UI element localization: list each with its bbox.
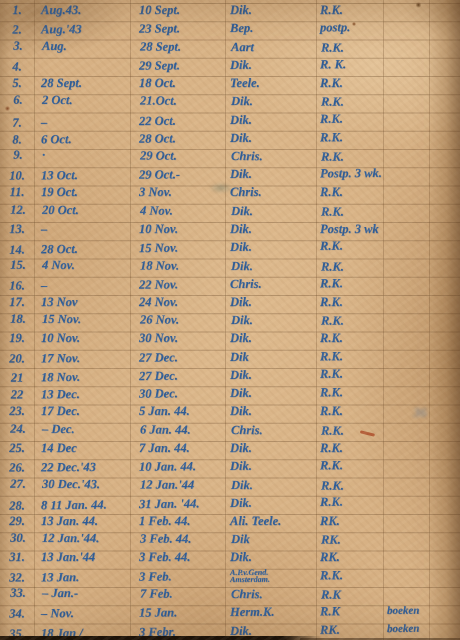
- recipient-name: Dik.: [225, 441, 316, 456]
- date-delivered: 30 Nov.: [130, 331, 225, 346]
- date-delivered: 3 Feb. 44.: [131, 531, 226, 547]
- ledger-row: 19.10 Nov.30 Nov.Dik.R.K.: [0, 330, 460, 348]
- date-requested: 17 Nov.: [34, 350, 130, 366]
- date-requested: 28 Sept.: [34, 76, 130, 91]
- recipient-name: A.P.v.Gend. Amsterdam.: [225, 568, 316, 584]
- date-requested: 13 Jan. 44.: [34, 514, 130, 529]
- status-mark: RK.: [317, 532, 384, 547]
- note: boeken: [383, 605, 430, 617]
- recipient-name: Dik.: [225, 458, 316, 474]
- entry-number: 25.: [0, 441, 34, 456]
- date-requested: 6 Oct.: [34, 131, 130, 147]
- status-mark: RK.: [316, 550, 383, 565]
- entry-number: 27.: [1, 476, 35, 491]
- recipient-name: Dik.: [225, 222, 316, 237]
- date-delivered: 22 Nov.: [130, 276, 225, 292]
- date-delivered: 26 Nov.: [131, 312, 226, 328]
- recipient-name: Dik: [226, 532, 317, 548]
- date-requested: –: [34, 222, 130, 237]
- entry-number: 16.: [0, 278, 34, 293]
- recipient-name: Dik.: [225, 404, 316, 419]
- recipient-name: Dik.: [225, 130, 316, 146]
- status-mark: R.K.: [316, 385, 383, 400]
- recipient-name: Dik.: [225, 622, 316, 638]
- status-mark: R.K.: [316, 129, 383, 144]
- status-mark: R. K.: [316, 56, 383, 71]
- recipient-name: Teele.: [225, 76, 316, 91]
- recipient-name: Dik.: [225, 494, 316, 510]
- status-mark: R.K.: [316, 567, 383, 582]
- date-delivered: 10 Jan. 44.: [130, 459, 225, 475]
- entry-number: 22: [0, 387, 34, 402]
- status-mark: R.K.: [316, 275, 383, 290]
- entry-number: 15.: [1, 257, 35, 272]
- status-mark: R.K.: [316, 295, 383, 310]
- status-mark: R.K.: [316, 3, 383, 18]
- status-mark: R.K.: [316, 494, 383, 510]
- recipient-name: Dik.: [225, 295, 316, 310]
- date-requested: – Nov.: [34, 606, 130, 622]
- note: [383, 117, 430, 118]
- entry-number: 29.: [0, 514, 34, 529]
- status-mark: R.K.: [317, 204, 384, 219]
- date-delivered: 30 Dec.: [130, 386, 225, 402]
- entry-number: 20.: [0, 351, 34, 366]
- ledger-row: 30.12 Jan.'44.3 Feb. 44.DikRK.: [1, 529, 460, 550]
- status-mark: R.K.: [316, 441, 383, 456]
- status-mark: R.K.: [316, 185, 383, 200]
- date-requested: 22 Dec.'43: [34, 460, 130, 476]
- date-requested: –: [34, 277, 130, 293]
- entry-number: 1.: [0, 3, 34, 18]
- entry-number: 3.: [1, 38, 35, 53]
- status-mark: R.K.: [316, 76, 383, 91]
- entry-number: 7.: [0, 115, 34, 130]
- recipient-name: Dik.: [225, 57, 316, 73]
- ledger-row: 12.20 Oct.4 Nov.Dik.R.K.: [1, 200, 460, 221]
- ledger-row: 23.17 Dec.5 Jan. 44.Dik.R.K.: [0, 403, 460, 421]
- recipient-name: Dik.: [226, 313, 317, 329]
- date-delivered: 18 Nov.: [131, 258, 226, 274]
- entry-number: 4.: [0, 59, 34, 74]
- entry-number: 28.: [0, 498, 34, 513]
- date-requested: ·: [35, 147, 131, 163]
- status-mark: R.K.: [316, 238, 383, 254]
- status-mark: Postp. 3 wk.: [316, 166, 383, 181]
- date-delivered: 3 Nov.: [130, 185, 225, 200]
- recipient-name: Dik.: [225, 550, 316, 565]
- status-mark: R.K.: [317, 478, 384, 493]
- date-delivered: 29 Oct.-: [130, 167, 225, 183]
- ledger-page: 1.Aug.43.10 Sept.Dik.R.K.2.Aug.'4323 Sep…: [0, 0, 460, 640]
- ledger-row: 26.22 Dec.'4310 Jan. 44.Dik.R.K.: [0, 456, 460, 477]
- recipient-name: Dik.: [225, 367, 316, 383]
- date-requested: 13 Nov: [34, 295, 130, 310]
- ledger-row: 24.– Dec.6 Jan. 44.Chris.R.K.: [1, 419, 460, 440]
- status-mark: R.K: [316, 604, 383, 619]
- date-requested: 18 Jan /: [34, 624, 130, 640]
- ledger-row: 2.Aug.'4323 Sept.Bep.postp.: [0, 18, 460, 39]
- recipient-name: Dik.: [225, 3, 316, 18]
- note: [383, 245, 430, 246]
- date-delivered: 15 Jan.: [130, 605, 225, 621]
- date-delivered: 24 Nov.: [130, 295, 225, 310]
- ledger-row: 16.–22 Nov.Chris.R.K.: [0, 273, 460, 294]
- recipient-name: Dik.: [225, 385, 316, 401]
- recipient-name: Dik.: [225, 166, 316, 182]
- ledger-row: 25.14 Dec7 Jan. 44.Dik.R.K.: [0, 439, 460, 457]
- entry-number: 9.: [1, 147, 35, 162]
- date-delivered: 3 Feb.: [130, 568, 225, 584]
- status-mark: R.K.: [316, 348, 383, 363]
- entry-number: 5.: [0, 76, 34, 91]
- ledger-row: 29.13 Jan. 44.1 Feb. 44.Ali. Teele.RK.: [0, 512, 460, 530]
- status-mark: R.K.: [316, 404, 383, 419]
- ledger-row: 18.15 Nov.26 Nov.Dik.R.K.: [1, 310, 460, 331]
- entry-number: 33.: [1, 585, 35, 600]
- date-delivered: 31 Jan. '44.: [130, 495, 225, 511]
- date-requested: 8 11 Jan. 44.: [34, 497, 130, 513]
- entry-number: 13.: [0, 222, 34, 237]
- recipient-name: Dik.: [226, 477, 317, 493]
- entry-number: 34.: [0, 606, 34, 621]
- entry-number: 26.: [0, 460, 34, 475]
- date-delivered: 6 Jan. 44.: [131, 422, 226, 438]
- entry-number: 2.: [0, 22, 34, 37]
- date-delivered: 4 Nov.: [131, 203, 226, 219]
- status-mark: Postp. 3 wk: [316, 222, 383, 237]
- status-mark: R.K.: [317, 149, 384, 164]
- date-requested: 20 Oct.: [35, 202, 131, 218]
- date-delivered: 3 Feb. 44.: [130, 550, 225, 565]
- date-delivered: 27 Dec.: [130, 349, 225, 365]
- ledger-row: 10.13 Oct.29 Oct.-Dik.Postp. 3 wk.: [0, 164, 460, 185]
- date-requested: – Dec.: [35, 421, 131, 437]
- status-mark: RK.: [316, 621, 383, 637]
- date-requested: 10 Nov.: [34, 331, 130, 346]
- date-delivered: 28 Oct.: [130, 130, 225, 146]
- date-delivered: 27 Dec.: [130, 368, 225, 384]
- status-mark: postp.: [316, 20, 383, 35]
- date-requested: [34, 66, 130, 67]
- entry-number: 30.: [1, 530, 35, 545]
- ledger-row: 4.29 Sept.Dik.R. K.: [0, 54, 460, 75]
- entry-number: 12.: [1, 202, 35, 217]
- date-requested: 18 Nov.: [34, 369, 130, 385]
- status-mark: RK.: [316, 514, 383, 529]
- recipient-name: Ali. Teele.: [225, 514, 316, 529]
- date-requested: 12 Jan.'44.: [35, 531, 131, 547]
- recipient-name: Chris.: [226, 422, 317, 438]
- note: [383, 500, 430, 501]
- entry-number: 11.: [0, 185, 34, 200]
- status-mark: R.K.: [316, 331, 383, 346]
- date-delivered: 7 Feb.: [131, 586, 226, 602]
- recipient-name: Dik.: [226, 94, 317, 110]
- status-mark: R.K.: [317, 94, 384, 109]
- date-requested: 13 Dec.: [34, 387, 130, 403]
- ledger-row: 2213 Dec.30 Dec.Dik.R.K.: [0, 383, 460, 404]
- date-requested: Aug.43.: [34, 3, 130, 18]
- date-delivered: 5 Jan. 44.: [130, 404, 225, 419]
- recipient-name: Chris.: [226, 587, 317, 603]
- date-requested: 28 Oct.: [34, 241, 130, 257]
- note: boeken: [383, 622, 430, 635]
- status-mark: R.K.: [316, 366, 383, 382]
- status-mark: R.K.: [317, 40, 384, 55]
- date-delivered: 21.Oct.: [131, 93, 226, 109]
- status-mark: R.K.: [316, 110, 383, 126]
- recipient-name: Chris.: [225, 276, 316, 292]
- entry-number: 31.: [0, 550, 34, 565]
- recipient-name: Bep.: [225, 20, 316, 36]
- recipient-name: Chris.: [226, 149, 317, 165]
- recipient-name: Dik.: [226, 203, 317, 219]
- ledger-rows: 1.Aug.43.10 Sept.Dik.R.K.2.Aug.'4323 Sep…: [0, 1, 460, 640]
- date-delivered: 12 Jan.'44: [131, 477, 226, 493]
- status-mark: R.K.: [316, 458, 383, 473]
- recipient-name: Chris.: [225, 185, 316, 200]
- recipient-name: Dik.: [225, 331, 316, 346]
- note: [383, 373, 430, 374]
- date-delivered: 18 Oct.: [130, 76, 225, 91]
- date-delivered: 1 Feb. 44.: [130, 514, 225, 529]
- ledger-row: 5.28 Sept.18 Oct.Teele.R.K.: [0, 74, 460, 92]
- entry-number: 21: [0, 370, 34, 385]
- date-requested: 4 Nov.: [35, 257, 131, 273]
- entry-number: 23.: [0, 404, 34, 419]
- date-delivered: 3 Febr.: [130, 623, 225, 639]
- date-requested: 17 Dec.: [34, 404, 130, 419]
- date-requested: 2 Oct.: [35, 93, 131, 109]
- recipient-name: Dik: [225, 349, 316, 365]
- status-mark: R.K: [317, 587, 384, 602]
- status-mark: R.K.: [317, 313, 384, 328]
- date-requested: 19 Oct.: [34, 185, 130, 200]
- date-delivered: 22 Oct.: [130, 112, 225, 128]
- entry-number: 18.: [1, 311, 35, 326]
- ledger-row: 31.13 Jan.'443 Feb. 44.Dik.RK.: [0, 549, 460, 567]
- entry-number: 35.: [0, 626, 34, 640]
- date-requested: 13 Jan.: [34, 569, 130, 585]
- ledger-row: 1.Aug.43.10 Sept.Dik.R.K.: [0, 1, 460, 19]
- status-mark: R.K.: [317, 259, 384, 274]
- date-requested: –: [34, 113, 130, 129]
- recipient-name: Dik.: [225, 239, 316, 255]
- recipient-name: Aart: [226, 39, 317, 55]
- date-delivered: 7 Jan. 44.: [130, 441, 225, 456]
- date-requested: 14 Dec: [34, 441, 130, 456]
- date-delivered: 15 Nov.: [130, 240, 225, 256]
- recipient-name: Dik.: [225, 111, 316, 127]
- date-delivered: 29 Sept.: [130, 57, 225, 73]
- date-delivered: 28 Sept.: [131, 39, 226, 55]
- date-requested: 30 Dec.'43.: [35, 476, 131, 492]
- recipient-name: Dik.: [226, 258, 317, 274]
- ledger-row: 17.13 Nov24 Nov.Dik.R.K.: [0, 293, 460, 311]
- entry-number: 17.: [0, 295, 34, 310]
- date-delivered: 10 Nov.: [130, 222, 225, 237]
- date-delivered: 10 Sept.: [130, 3, 225, 18]
- status-mark: R.K.: [317, 423, 384, 438]
- entry-number: 6.: [1, 92, 35, 107]
- date-requested: Aug.: [35, 38, 131, 54]
- date-delivered: 23 Sept.: [130, 21, 225, 37]
- date-delivered: 29 Oct.: [131, 148, 226, 164]
- recipient-name: Herm.K.: [225, 604, 316, 620]
- entry-number: 24.: [1, 421, 35, 436]
- date-requested: Aug.'43: [34, 22, 130, 38]
- date-requested: 13 Oct.: [34, 168, 130, 184]
- ledger-row: 11.19 Oct.3 Nov.Chris.R.K.: [0, 184, 460, 202]
- entry-number: 19.: [0, 331, 34, 346]
- entry-number: 10.: [0, 168, 34, 183]
- date-requested: 13 Jan.'44: [34, 550, 130, 565]
- date-requested: – Jan.-: [35, 585, 131, 601]
- date-requested: 15 Nov.: [35, 312, 131, 328]
